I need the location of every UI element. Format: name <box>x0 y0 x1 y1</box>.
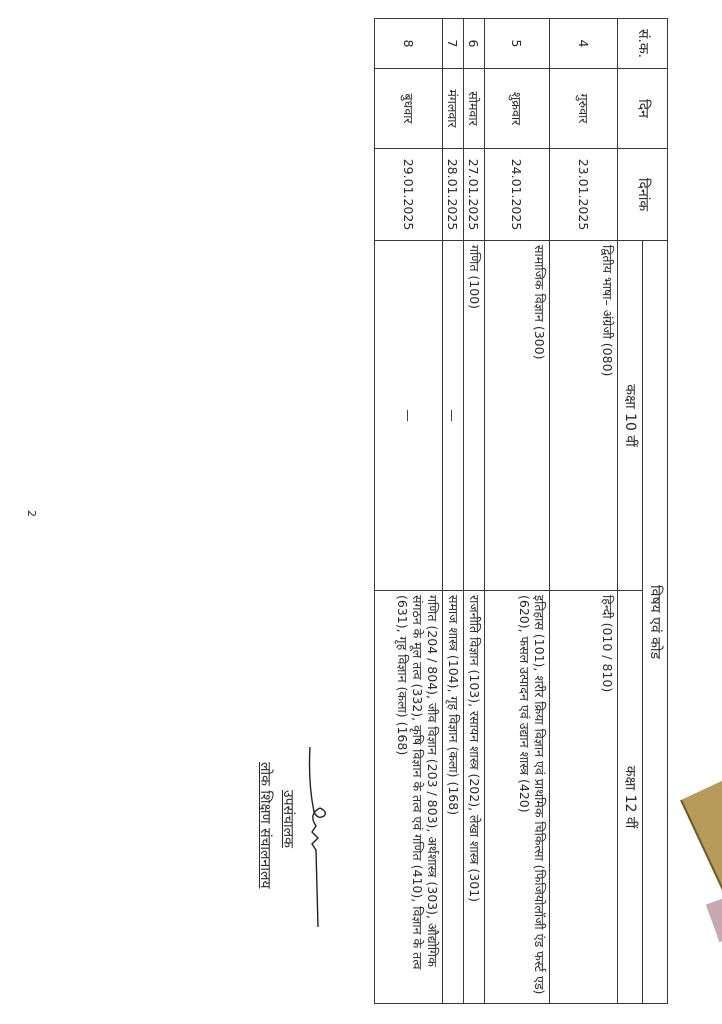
signature-scribble <box>298 742 338 932</box>
day-cell: शुक्रवार <box>485 69 550 149</box>
serial-cell: 5 <box>485 19 550 69</box>
class12-cell: राजनीति विज्ञान (103), रसायन शास्त्र (20… <box>464 591 485 1004</box>
day-cell: बुधवार <box>375 69 443 149</box>
signatory-office: लोक शिक्षण संचालनालय <box>256 762 275 932</box>
serial-cell: 6 <box>464 19 485 69</box>
header-day: दिन <box>618 69 668 149</box>
tape-decoration <box>680 770 722 900</box>
class12-cell: हिन्दी (010 / 810) <box>550 591 618 1004</box>
header-row: सं.क. दिन दिनांक विषय एवं कोड <box>643 19 668 1004</box>
class10-cell: द्वितीय भाषा– अंग्रेजी (080) <box>550 241 618 591</box>
date-cell: 28.01.2025 <box>443 149 464 241</box>
page-number: 2 <box>25 510 38 517</box>
class10-cell: सामाजिक विज्ञान (300) <box>485 241 550 591</box>
date-cell: 27.01.2025 <box>464 149 485 241</box>
table-row: 8 बुधवार 29.01.2025 — गणित (204 / 804), … <box>375 19 443 1004</box>
serial-cell: 4 <box>550 19 618 69</box>
day-cell: सोमवार <box>464 69 485 149</box>
day-cell: मंगलवार <box>443 69 464 149</box>
class10-cell: — <box>443 241 464 591</box>
tape-decoration-2 <box>706 898 722 942</box>
exam-schedule-table: सं.क. दिन दिनांक विषय एवं कोड कक्षा 10 व… <box>374 18 668 1004</box>
class10-cell: — <box>375 241 443 591</box>
date-cell: 23.01.2025 <box>550 149 618 241</box>
class10-cell: गणित (100) <box>464 241 485 591</box>
table-row: 6 सोमवार 27.01.2025 गणित (100) राजनीति व… <box>464 19 485 1004</box>
signature-area: उपसंचालक लोक शिक्षण संचालनालय <box>256 742 338 932</box>
class12-cell: समाज शास्त्र (104), गृह विज्ञान (कला) (1… <box>443 591 464 1004</box>
header-date: दिनांक <box>618 149 668 241</box>
day-cell: गुरुवार <box>550 69 618 149</box>
serial-cell: 7 <box>443 19 464 69</box>
table-row: 5 शुक्रवार 24.01.2025 सामाजिक विज्ञान (3… <box>485 19 550 1004</box>
table-row: 7 मंगलवार 28.01.2025 — समाज शास्त्र (104… <box>443 19 464 1004</box>
serial-cell: 8 <box>375 19 443 69</box>
rotated-page: सं.क. दिन दिनांक विषय एवं कोड कक्षा 10 व… <box>383 18 668 1003</box>
header-serial: सं.क. <box>618 19 668 69</box>
class12-cell: इतिहास (101), शरीर क्रिया विज्ञान एवं प्… <box>485 591 550 1004</box>
signatory-designation: उपसंचालक <box>279 790 298 932</box>
date-cell: 29.01.2025 <box>375 149 443 241</box>
date-cell: 24.01.2025 <box>485 149 550 241</box>
class12-cell: गणित (204 / 804), जीव विज्ञान (203 / 803… <box>375 591 443 1004</box>
header-class12: कक्षा 12 वीं <box>618 591 643 1004</box>
header-subject-code: विषय एवं कोड <box>643 241 668 1004</box>
table-row: 4 गुरुवार 23.01.2025 द्वितीय भाषा– अंग्र… <box>550 19 618 1004</box>
header-class10: कक्षा 10 वीं <box>618 241 643 591</box>
